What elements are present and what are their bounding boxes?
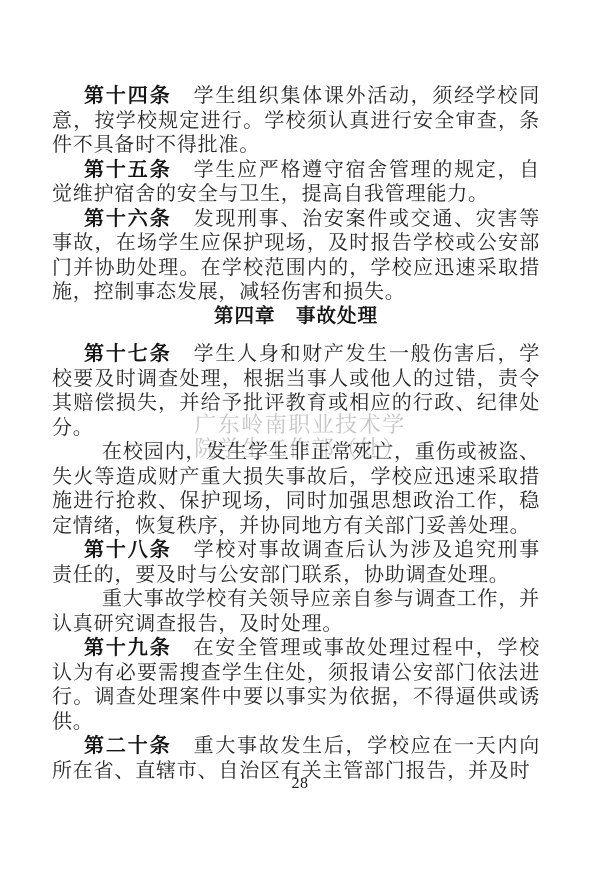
- article-17-continuation-text: 在校园内，发生学生非正常死亡，重伤或被盗、失火等造成财产重大损失事故后，学校应迅…: [52, 441, 540, 537]
- article-14-number: 第十四条: [84, 85, 172, 107]
- paragraph-article-17: 第十七条学生人身和财产发生一般伤害后，学校要及时调查处理，根据当事人或他人的过错…: [52, 342, 540, 440]
- document-content: 第十四条学生组织集体课外活动，须经学校同意，按学校规定进行。学校须认真进行安全审…: [52, 84, 540, 783]
- paragraph-article-19: 第十九条在安全管理或事故处理过程中，学校认为有必要需搜查学生住处，须报请公安部门…: [52, 636, 540, 734]
- paragraph-article-14: 第十四条学生组织集体课外活动，须经学校同意，按学校规定进行。学校须认真进行安全审…: [52, 84, 540, 158]
- article-17-number: 第十七条: [84, 343, 172, 365]
- paragraph-article-16: 第十六条发现刑事、治安案件或交通、灾害等事故，在场学生应保护现场，及时报告学校或…: [52, 207, 540, 305]
- article-15-number: 第十五条: [84, 159, 172, 181]
- article-16-number: 第十六条: [84, 208, 172, 230]
- document-page: 广东岭南职业技术学 院学生工作部（处） 第十四条学生组织集体课外活动，须经学校同…: [0, 0, 600, 873]
- article-18-number: 第十八条: [84, 539, 172, 561]
- page-number: 28: [0, 775, 600, 793]
- paragraph-article-15: 第十五条学生应严格遵守宿舍管理的规定，自觉维护宿舍的安全与卫生，提高自我管理能力…: [52, 158, 540, 207]
- paragraph-article-17-continuation: 在校园内，发生学生非正常死亡，重伤或被盗、失火等造成财产重大损失事故后，学校应迅…: [52, 440, 540, 538]
- paragraph-article-18-continuation: 重大事故学校有关领导应亲自参与调查工作，并认真研究调查报告，及时处理。: [52, 587, 540, 636]
- article-20-number: 第二十条: [84, 735, 172, 757]
- article-19-number: 第十九条: [84, 637, 172, 659]
- chapter-heading: 第四章 事故处理: [52, 305, 540, 330]
- article-18-continuation-text: 重大事故学校有关领导应亲自参与调查工作，并认真研究调查报告，及时处理。: [52, 588, 540, 635]
- paragraph-article-18: 第十八条学校对事故调查后认为涉及追究刑事责任的，要及时与公安部门联系，协助调查处…: [52, 538, 540, 587]
